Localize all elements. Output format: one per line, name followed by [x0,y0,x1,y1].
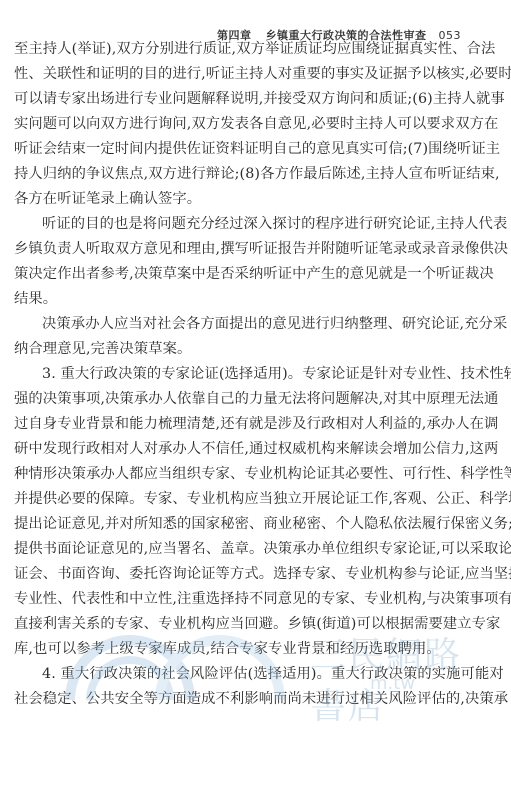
text-line: 4. 重大行政决策的社会风险评估(选择适用)。重大行政决策的实施可能对 [14,662,457,687]
page-body: 至主持人(举证),双方分别进行质证,双方举证质证均应围绕证据真实性、合法性、关联… [14,37,457,712]
text-line: 乡镇负责人听取双方意见和理由,撰写听证报告并附随听证笔录或录音录像供决 [14,237,457,262]
text-line: 实问题可以向双方进行询问,双方发表各自意见,必要时主持人可以要求双方在 [14,112,457,137]
text-line: 提出论证意见,并对所知悉的国家秘密、商业秘密、个人隐私依法履行保密义务; [14,512,457,537]
text-line: 可以请专家出场进行专业问题解释说明,并接受双方询问和质证;(6)主持人就事 [14,87,457,112]
text-line: 直接利害关系的专家、专业机构应当回避。乡镇(街道)可以根据需要建立专家 [14,612,457,637]
text-line: 听证会结束一定时间内提供佐证资料证明自己的意见真实可信;(7)围绕听证主 [14,137,457,162]
text-line: 库,也可以参考上级专家库成员,结合专家专业背景和经历选取聘用。 [14,637,457,662]
text-line: 过自身专业背景和能力梳理清楚,还有就是涉及行政相对人利益的,承办人在调 [14,412,457,437]
text-line: 种情形决策承办人都应当组织专家、专业机构论证其必要性、可行性、科学性等, [14,462,457,487]
text-line: 结果。 [14,287,457,312]
text-line: 证会、书面咨询、委托咨询论证等方式。选择专家、专业机构参与论证,应当坚持 [14,562,457,587]
text-line: 持人归纳的争议焦点,双方进行辩论;(8)各方作最后陈述,主持人宣布听证结束, [14,162,457,187]
text-line: 研中发现行政相对人对承办人不信任,通过权威机构来解读会增加公信力,这两 [14,437,457,462]
text-line: 提供书面论证意见的,应当署名、盖章。决策承办单位组织专家论证,可以采取论 [14,537,457,562]
text-line: 性、关联性和证明的目的进行,听证主持人对重要的事实及证据予以核实,必要时 [14,62,457,87]
text-line: 强的决策事项,决策承办人依靠自己的力量无法将问题解决,对其中原理无法通 [14,387,457,412]
text-line: 纳合理意见,完善决策草案。 [14,337,457,362]
text-line: 决策承办人应当对社会各方面提出的意见进行归纳整理、研究论证,充分采 [14,312,457,337]
text-line: 各方在听证笔录上确认签字。 [14,187,457,212]
text-line: 策决定作出者参考,决策草案中是否采纳听证中产生的意见就是一个听证裁决 [14,262,457,287]
text-line: 并提供必要的保障。专家、专业机构应当独立开展论证工作,客观、公正、科学地 [14,487,457,512]
text-line: 专业性、代表性和中立性,注重选择持不同意见的专家、专业机构,与决策事项有 [14,587,457,612]
text-line: 3. 重大行政决策的专家论证(选择适用)。专家论证是针对专业性、技术性较 [14,362,457,387]
text-line: 听证的目的也是将问题充分经过深入探讨的程序进行研究论证,主持人代表 [14,212,457,237]
text-line: 至主持人(举证),双方分别进行质证,双方举证质证均应围绕证据真实性、合法 [14,37,457,62]
text-line: 社会稳定、公共安全等方面造成不利影响而尚未进行过相关风险评估的,决策承 [14,687,457,712]
